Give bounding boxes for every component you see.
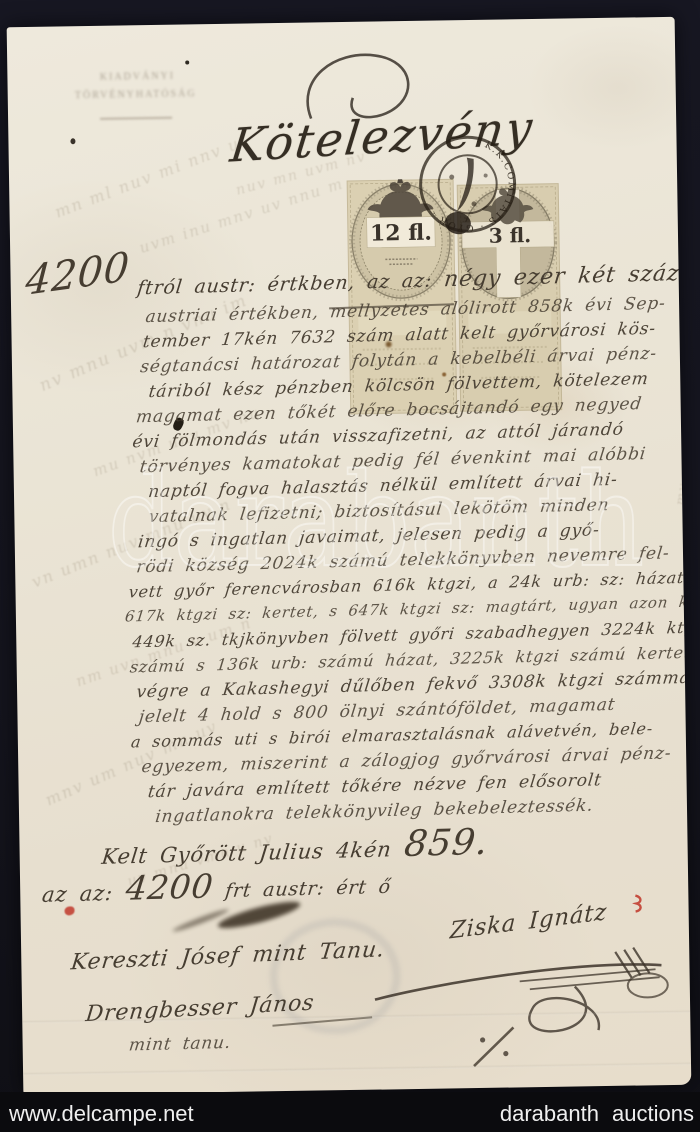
bottom-bar: www.delcampe.net darabanth auctions (0, 1092, 700, 1132)
sum-prefix: az az: (41, 881, 115, 907)
date-year: 859. (402, 822, 490, 865)
auction-photo: mn ml nuv mi nnv u uvm inu mnv uv nnu m … (0, 0, 700, 1132)
sum-suffix: frt austr: ért ő (224, 876, 392, 902)
sum-amount: 4200 (124, 866, 216, 907)
darabanth-watermark: darabanth (108, 458, 644, 586)
body-line: ingatlanokra telekkönyvileg bekebeleztes… (154, 796, 594, 828)
auction-house-watermark: darabanth auctions (500, 1101, 694, 1127)
delcampe-watermark: www.delcampe.net (9, 1101, 194, 1127)
